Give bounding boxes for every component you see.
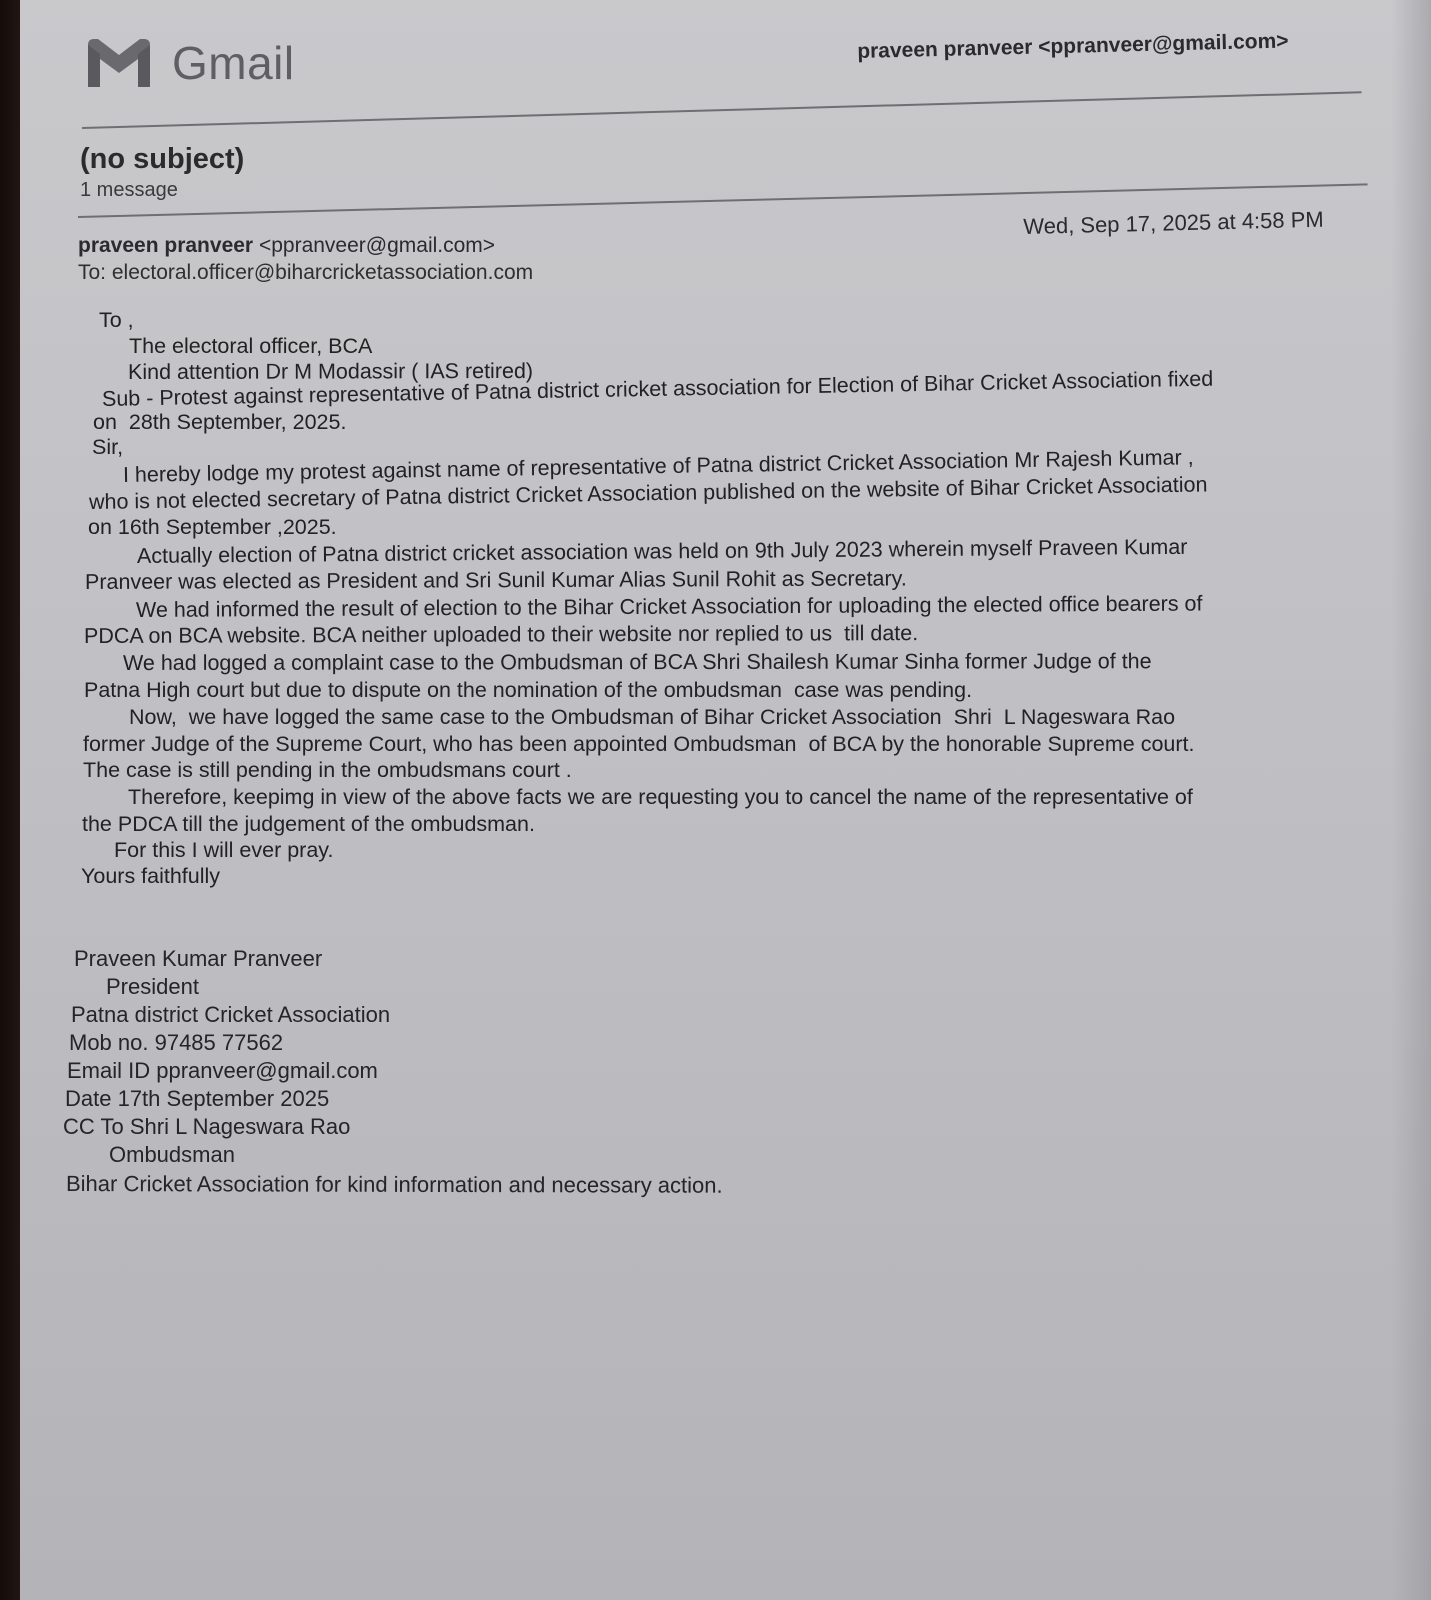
sender-line: praveen pranveer <ppranveer@gmail.com> [78,234,495,258]
letter-line: Patna High court but due to dispute on t… [84,678,972,703]
letter-line: We had logged a complaint case to the Om… [123,649,1152,676]
letter-line: on 28th September, 2025. [93,410,346,435]
letter-line: For this I will ever pray. [114,838,333,863]
letter-line: Now, we have logged the same case to the… [129,705,1175,730]
thread-subject: (no subject) [80,143,244,176]
sender-email: <ppranveer@gmail.com> [259,234,495,257]
gmail-m-icon [84,37,154,89]
signature-line: Mob no. 97485 77562 [69,1030,283,1056]
message-count: 1 message [80,179,178,202]
letter-line: The case is still pending in the ombudsm… [83,758,572,783]
signature-line: CC To Shri L Nageswara Rao [63,1114,350,1140]
recipient-line: To: electoral.officer@biharcricketassoci… [78,261,533,285]
letter-line: To , [99,308,134,333]
letter-line: the PDCA till the judgement of the ombud… [82,812,535,837]
sender-name: praveen pranveer [78,234,253,257]
signature-line: Date 17th September 2025 [65,1086,329,1112]
letter-line: PDCA on BCA website. BCA neither uploade… [84,621,918,649]
letter-line: Therefore, keepimg in view of the above … [128,785,1193,810]
letter-line: The electoral officer, BCA [129,334,372,359]
signature-line: Email ID ppranveer@gmail.com [67,1058,378,1084]
gmail-wordmark: Gmail [172,36,295,90]
signature-line: Ombudsman [109,1142,235,1168]
signature-line: Patna district Cricket Association [71,1002,390,1028]
letter-line: former Judge of the Supreme Court, who h… [83,732,1194,757]
signature-line: Praveen Kumar Pranveer [74,946,322,972]
letter-line: Pranveer was elected as President and Sr… [85,566,907,595]
letter-line: on 16th September ,2025. [88,515,337,540]
gmail-logo: Gmail [84,36,295,90]
signature-line: President [106,974,199,1000]
letter-line: Yours faithfully [81,864,220,889]
letter-line: Sir, [92,435,123,460]
signature-line: Bihar Cricket Association for kind infor… [66,1171,723,1199]
